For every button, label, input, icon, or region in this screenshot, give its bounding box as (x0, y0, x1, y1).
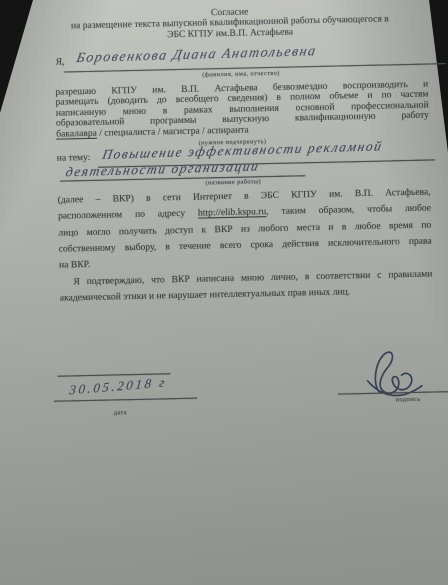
degree-rest: / специалиста / магистра / аспиранта (97, 124, 249, 138)
name-prefix: Я, (56, 57, 65, 68)
signature-caption: подпись (376, 395, 440, 403)
clause-line2-pre: расположенном по адресу (58, 208, 198, 222)
date-underline (54, 398, 197, 402)
degree-underlined: бакалавра (56, 127, 97, 139)
handwritten-name: Боровенкова Диана Анатольевна (75, 44, 318, 67)
elib-url: http://elib.kspu.ru (198, 206, 266, 218)
handwritten-signature (349, 346, 434, 404)
internet-clause-paragraph: (далее – ВКР) в сети Интернет в ЭБС КГПУ… (58, 185, 433, 275)
clause-line2-post: , таким образом, чтобы любое (266, 203, 431, 218)
date-caption: дата (60, 408, 180, 418)
handwritten-date: 30.05.2018 г (69, 374, 168, 398)
document-title: Согласие на размещение текста выпускной … (30, 4, 431, 44)
name-caption: (фамилия, имя, отчество) (151, 69, 331, 80)
permission-paragraph: разрешаю КГПУ им. В.П. Астафьева безвозм… (55, 80, 429, 140)
document-content: Согласие на размещение текста выпускной … (0, 0, 448, 585)
topic-prefix: на тему: (57, 153, 91, 164)
confirmation-paragraph: Я подтверждаю, что ВКР написана мною лич… (59, 267, 433, 308)
